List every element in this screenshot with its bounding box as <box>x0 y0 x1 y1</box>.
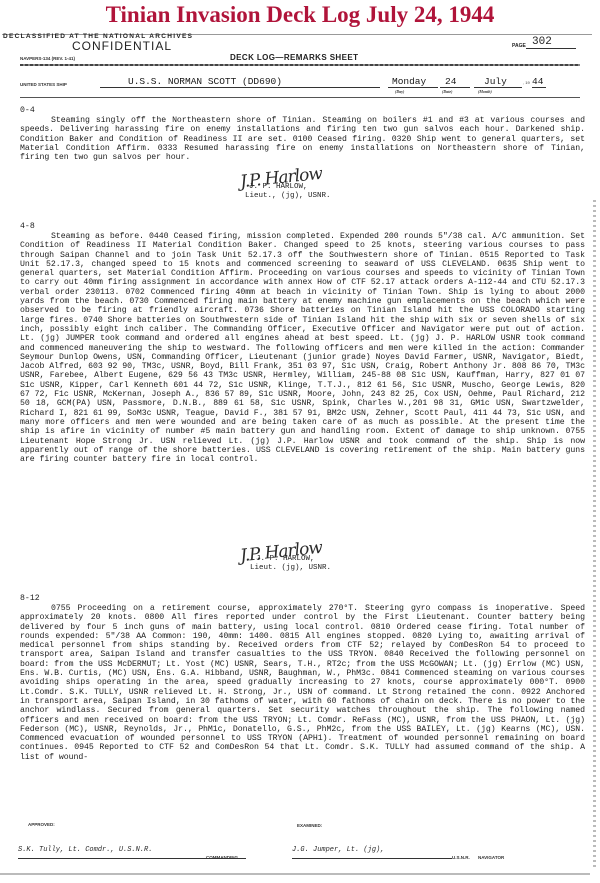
caption-date: (Date) <box>442 89 452 94</box>
date-day: Monday <box>388 76 438 88</box>
log-entry-4-8: 4-8 Steaming as before. 0440 Ceased firi… <box>20 222 585 464</box>
log-entry-0-4: 0-4 Steaming singly off the Northeastern… <box>20 106 585 162</box>
entry-text: Steaming singly off the Northeastern sho… <box>20 116 585 162</box>
signer-rank: Lieut., (jg), USNR. <box>245 192 331 201</box>
header-bottom-rule <box>20 97 580 98</box>
date-year: 44 <box>532 76 546 88</box>
year-prefix: , 19 <box>523 80 530 85</box>
entry-text: Steaming as before. 0440 Ceased firing, … <box>20 232 585 464</box>
ship-name: U.S.S. NORMAN SCOTT (DD690) <box>100 76 380 88</box>
approved-label: APPROVED: <box>28 822 55 827</box>
examined-label: EXAMINED: <box>297 823 322 828</box>
watch-label: 0-4 <box>20 106 585 115</box>
watch-label: 4-8 <box>20 222 585 231</box>
signer-name: J. P. HARLOW, <box>245 183 331 192</box>
classification-label: CONFIDENTIAL <box>72 39 172 53</box>
signer-name: J. P. HARLOW, <box>250 555 331 564</box>
page-title: Tinian Invasion Deck Log July 24, 1944 <box>0 2 600 28</box>
navigator-role: NAVIGATOR <box>478 855 504 860</box>
caption-day: (Day) <box>395 89 404 94</box>
page-edge <box>593 200 596 870</box>
entry-text: 0755 Proceeding on a retirement course, … <box>20 604 585 762</box>
ship-label: UNITED STATES SHIP <box>20 82 67 87</box>
signer-rank: Lieut. (jg), USNR. <box>250 564 331 573</box>
header-rule <box>20 64 580 66</box>
page-number: 302 <box>526 36 576 49</box>
date-month: July <box>474 76 522 88</box>
commanding-role: COMMANDING <box>206 855 238 860</box>
date-date: 24 <box>440 76 470 88</box>
signature-block: J. P. HARLOW, Lieut., (jg), USNR. <box>245 183 331 201</box>
signature-block: J. P. HARLOW, Lieut. (jg), USNR. <box>250 555 331 573</box>
navigator-signature: J.G. Jumper, Lt. (jg), <box>292 846 452 859</box>
bottom-rule <box>0 873 590 875</box>
navigator-service: U.S.N.R. <box>452 855 470 860</box>
page-label: PAGE <box>512 43 526 49</box>
form-id: NAVPERS-134 (REV. 1-41) <box>20 56 75 61</box>
caption-month: (Month) <box>478 89 492 94</box>
watch-label: 8-12 <box>20 594 585 603</box>
sheet-title: DECK LOG—REMARKS SHEET <box>230 53 358 62</box>
log-entry-8-12: 8-12 0755 Proceeding on a retirement cou… <box>20 594 585 762</box>
